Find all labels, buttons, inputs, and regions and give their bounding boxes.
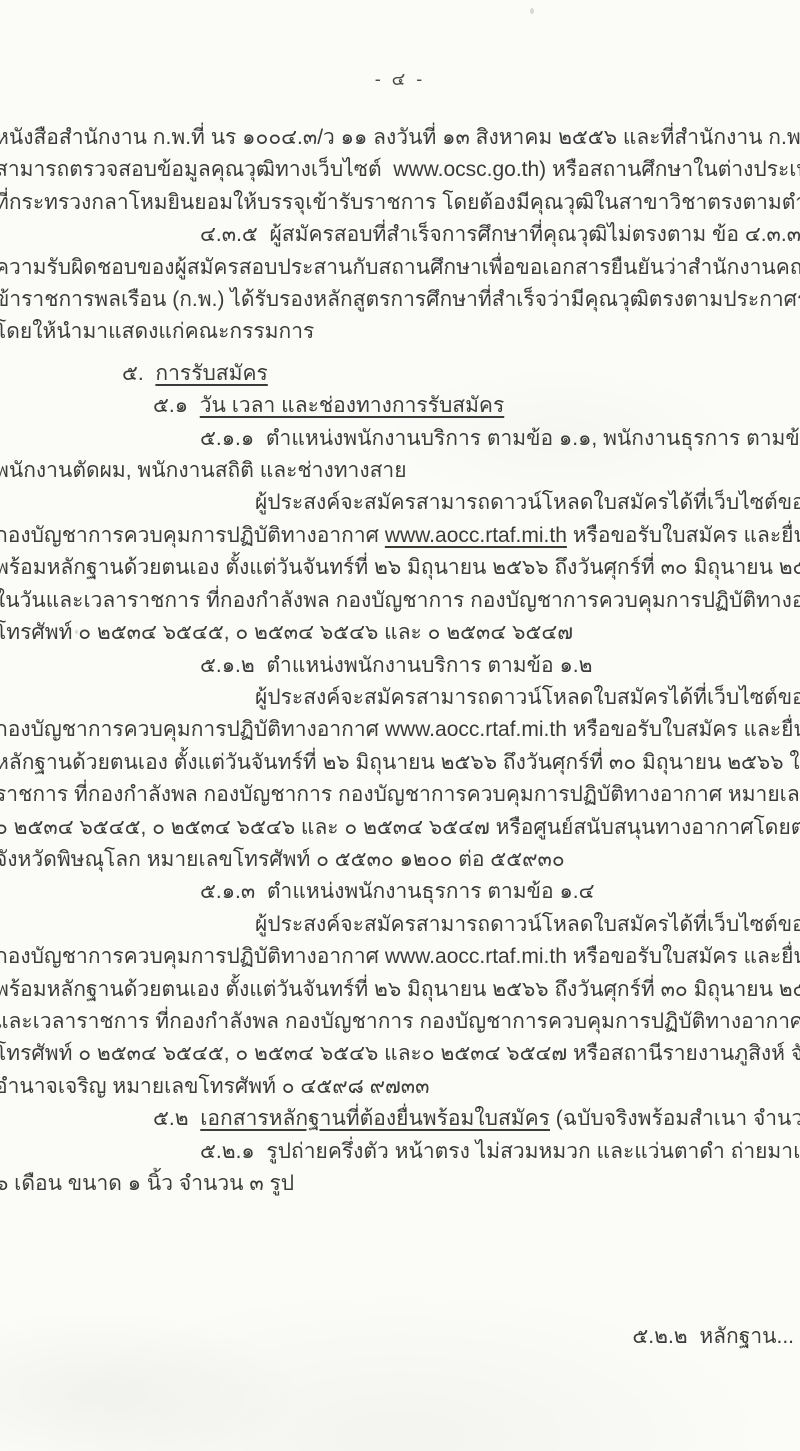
text-segment: ๐ ๒๕๓๔ ๖๕๔๕, ๐ ๒๕๓๔ ๖๕๔๖ และ ๐ ๒๕๓๔ ๖๕๔๗…	[0, 816, 800, 839]
text-line: ๕.๒ เอกสารหลักฐานที่ต้องยื่นพร้อมใบสมัคร…	[153, 1103, 800, 1135]
underlined-text: www.aocc.rtaf.mi.th	[385, 524, 567, 547]
text-segment: ๕.๑.๒ ตำแหน่งพนักงานบริการ ตามข้อ ๑.๒	[200, 654, 592, 677]
text-line: กองบัญชาการควบคุมการปฏิบัติทางอากาศ www.…	[0, 714, 800, 746]
text-segment: ๕.๒	[153, 1107, 200, 1130]
text-segment: โดยให้นำมาแสดงแก่คณะกรรมการ	[0, 320, 314, 343]
text-segment: ๕.	[122, 362, 155, 385]
text-line: ราชการ ที่กองกำลังพล กองบัญชาการ กองบัญช…	[0, 779, 800, 811]
text-segment: ๕.๑.๓ ตำแหน่งพนักงานธุรการ ตามข้อ ๑.๔	[200, 880, 595, 903]
text-segment: โทรศัพท์ ๐ ๒๕๓๔ ๖๕๔๕, ๐ ๒๕๓๔ ๖๕๔๖ และ๐ ๒…	[0, 1042, 800, 1065]
document-body: หนังสือสำนักงาน ก.พ.ที่ นร ๑๐๐๔.๓/ว ๑๑ ล…	[0, 122, 800, 1200]
text-segment: ๖ เดือน ขนาด ๑ นิ้ว จำนวน ๓ รูป	[0, 1172, 294, 1195]
text-line: ๔.๓.๕ ผู้สมัครสอบที่สำเร็จการศึกษาที่คุณ…	[200, 219, 800, 251]
text-segment: ๔.๓.๕ ผู้สมัครสอบที่สำเร็จการศึกษาที่คุณ…	[200, 223, 800, 246]
text-line: กองบัญชาการควบคุมการปฏิบัติทางอากาศ www.…	[0, 941, 800, 973]
text-line: ผู้ประสงค์จะสมัครสามารถดาวน์โหลดใบสมัครไ…	[255, 487, 800, 519]
text-segment: ๕.๑	[153, 394, 200, 417]
text-segment: ความรับผิดชอบของผู้สมัครสอบประสานกับสถาน…	[0, 256, 800, 279]
text-line: ๕.๑.๒ ตำแหน่งพนักงานบริการ ตามข้อ ๑.๒	[200, 650, 800, 682]
text-line: สามารถตรวจสอบข้อมูลคุณวุฒิทางเว็บไซต์ ww…	[0, 154, 800, 186]
text-segment: พนักงานตัดผม, พนักงานสถิติ และช่างทางสาย	[0, 459, 407, 482]
text-line: พร้อมหลักฐานด้วยตนเอง ตั้งแต่วันจันทร์ที…	[0, 552, 800, 584]
text-segment: พร้อมหลักฐานด้วยตนเอง ตั้งแต่วันจันทร์ที…	[0, 556, 800, 579]
text-segment: สามารถตรวจสอบข้อมูลคุณวุฒิทางเว็บไซต์ ww…	[0, 158, 800, 181]
text-line: โทรศัพท์ ๐ ๒๕๓๔ ๖๕๔๕, ๐ ๒๕๓๔ ๖๕๔๖ และ๐ ๒…	[0, 1038, 800, 1070]
text-line: ๖ เดือน ขนาด ๑ นิ้ว จำนวน ๓ รูป	[0, 1168, 800, 1200]
continuation-marker: ๕.๒.๒ หลักฐาน...	[632, 1320, 794, 1353]
text-line: ผู้ประสงค์จะสมัครสามารถดาวน์โหลดใบสมัครไ…	[255, 909, 800, 941]
text-segment: โทรศัพท์ ๐ ๒๕๓๔ ๖๕๔๕, ๐ ๒๕๓๔ ๖๕๔๖ และ ๐ …	[0, 621, 573, 644]
text-line: กองบัญชาการควบคุมการปฏิบัติทางอากาศ www.…	[0, 520, 800, 552]
text-line: ข้าราชการพลเรือน (ก.พ.) ได้รับรองหลักสูต…	[0, 284, 800, 316]
text-segment: ผู้ประสงค์จะสมัครสามารถดาวน์โหลดใบสมัครไ…	[255, 686, 800, 709]
text-line: พร้อมหลักฐานด้วยตนเอง ตั้งแต่วันจันทร์ที…	[0, 974, 800, 1006]
text-segment: กองบัญชาการควบคุมการปฏิบัติทางอากาศ www.…	[0, 945, 800, 968]
text-segment: หรือขอรับใบสมัคร และยื่นใบสมัคร	[567, 524, 800, 547]
text-segment: ที่กระทรวงกลาโหมยินยอมให้บรรจุเข้ารับราช…	[0, 191, 800, 214]
text-line: โทรศัพท์ ๐ ๒๕๓๔ ๖๕๔๕, ๐ ๒๕๓๔ ๖๕๔๖ และ ๐ …	[0, 617, 800, 649]
text-segment: ๕.๒.๑ รูปถ่ายครึ่งตัว หน้าตรง ไม่สวมหมวก…	[200, 1140, 800, 1163]
text-line: ๕.๑.๓ ตำแหน่งพนักงานธุรการ ตามข้อ ๑.๔	[200, 876, 800, 908]
text-segment: จังหวัดพิษณุโลก หมายเลขโทรศัพท์ ๐ ๕๕๓๐ ๑…	[0, 848, 565, 871]
underlined-text: การรับสมัคร	[155, 362, 267, 385]
text-segment: กองบัญชาการควบคุมการปฏิบัติทางอากาศ www.…	[0, 718, 800, 741]
text-line: หนังสือสำนักงาน ก.พ.ที่ นร ๑๐๐๔.๓/ว ๑๑ ล…	[0, 122, 800, 154]
text-segment: กองบัญชาการควบคุมการปฏิบัติทางอากาศ	[0, 524, 385, 547]
underlined-text: วัน เวลา และช่องทางการรับสมัคร	[200, 394, 505, 417]
text-line: ๕. การรับสมัคร	[122, 358, 800, 390]
text-line: จังหวัดพิษณุโลก หมายเลขโทรศัพท์ ๐ ๕๕๓๐ ๑…	[0, 844, 800, 876]
text-segment: (ฉบับจริงพร้อมสำเนา จำนวน ๑ ชุด) ดังนี้	[550, 1107, 800, 1130]
text-line: อำนาจเจริญ หมายเลขโทรศัพท์ ๐ ๔๕๙๘ ๙๗๓๓	[0, 1071, 800, 1103]
text-segment: และเวลาราชการ ที่กองกำลังพล กองบัญชาการ …	[0, 1010, 800, 1033]
text-line: ความรับผิดชอบของผู้สมัครสอบประสานกับสถาน…	[0, 252, 800, 284]
text-line: ที่กระทรวงกลาโหมยินยอมให้บรรจุเข้ารับราช…	[0, 187, 800, 219]
text-segment: ผู้ประสงค์จะสมัครสามารถดาวน์โหลดใบสมัครไ…	[255, 913, 800, 936]
underlined-text: เอกสารหลักฐานที่ต้องยื่นพร้อมใบสมัคร	[200, 1107, 550, 1130]
text-line: และเวลาราชการ ที่กองกำลังพล กองบัญชาการ …	[0, 1006, 800, 1038]
text-segment: พร้อมหลักฐานด้วยตนเอง ตั้งแต่วันจันทร์ที…	[0, 978, 800, 1001]
text-segment: ข้าราชการพลเรือน (ก.พ.) ได้รับรองหลักสูต…	[0, 288, 800, 311]
text-line: โดยให้นำมาแสดงแก่คณะกรรมการ	[0, 316, 800, 348]
text-segment: ในวันและเวลาราชการ ที่กองกำลังพล กองบัญช…	[0, 589, 800, 612]
text-line: ๐ ๒๕๓๔ ๖๕๔๕, ๐ ๒๕๓๔ ๖๕๔๖ และ ๐ ๒๕๓๔ ๖๕๔๗…	[0, 812, 800, 844]
text-segment: หลักฐานด้วยตนเอง ตั้งแต่วันจันทร์ที่ ๒๖ …	[0, 751, 800, 774]
text-line: พนักงานตัดผม, พนักงานสถิติ และช่างทางสาย	[0, 455, 800, 487]
text-line: ผู้ประสงค์จะสมัครสามารถดาวน์โหลดใบสมัครไ…	[255, 682, 800, 714]
text-segment: หนังสือสำนักงาน ก.พ.ที่ นร ๑๐๐๔.๓/ว ๑๑ ล…	[0, 126, 800, 149]
page-number: - ๔ -	[0, 64, 800, 93]
text-line: ๕.๑ วัน เวลา และช่องทางการรับสมัคร	[153, 390, 800, 422]
text-segment: ราชการ ที่กองกำลังพล กองบัญชาการ กองบัญช…	[0, 783, 800, 806]
text-line: ในวันและเวลาราชการ ที่กองกำลังพล กองบัญช…	[0, 585, 800, 617]
document-page: - ๔ - หนังสือสำนักงาน ก.พ.ที่ นร ๑๐๐๔.๓/…	[0, 0, 800, 1451]
text-segment: อำนาจเจริญ หมายเลขโทรศัพท์ ๐ ๔๕๙๘ ๙๗๓๓	[0, 1075, 430, 1098]
text-segment: ผู้ประสงค์จะสมัครสามารถดาวน์โหลดใบสมัครไ…	[255, 491, 800, 514]
text-line: หลักฐานด้วยตนเอง ตั้งแต่วันจันทร์ที่ ๒๖ …	[0, 747, 800, 779]
text-line: ๕.๒.๑ รูปถ่ายครึ่งตัว หน้าตรง ไม่สวมหมวก…	[200, 1136, 800, 1168]
text-segment: ๕.๑.๑ ตำแหน่งพนักงานบริการ ตามข้อ ๑.๑, พ…	[200, 427, 800, 450]
scan-artifact	[530, 8, 534, 14]
text-line: ๕.๑.๑ ตำแหน่งพนักงานบริการ ตามข้อ ๑.๑, พ…	[200, 423, 800, 455]
